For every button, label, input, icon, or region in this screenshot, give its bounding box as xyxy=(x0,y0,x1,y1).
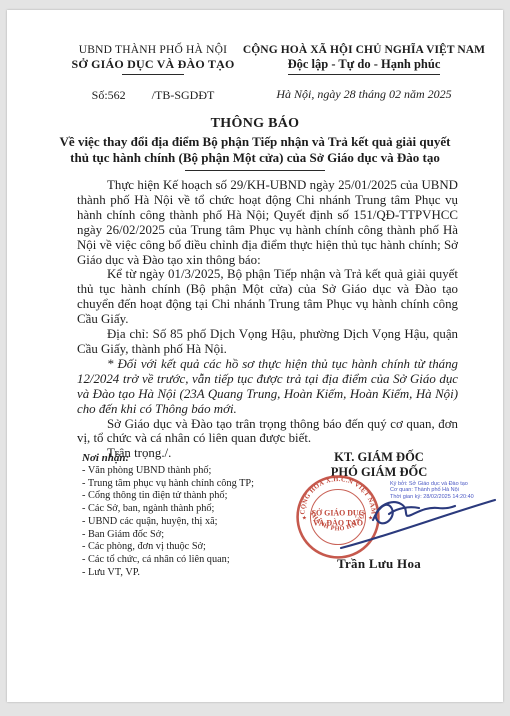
seal-star-left-icon: ★ xyxy=(302,515,307,522)
document-number-value: Số:562 xyxy=(92,88,126,102)
document-subject: Về việc thay đổi địa điểm Bộ phận Tiếp n… xyxy=(55,134,455,166)
document-type-title: THÔNG BÁO xyxy=(55,116,455,132)
document-page: UBND THÀNH PHỐ HÀ NỘI SỞ GIÁO DỤC VÀ ĐÀO… xyxy=(7,10,503,702)
issuing-agency-block: UBND THÀNH PHỐ HÀ NỘI SỞ GIÁO DỤC VÀ ĐÀO… xyxy=(55,44,251,103)
parent-agency-name: UBND THÀNH PHỐ HÀ NỘI xyxy=(55,44,251,56)
paragraph-address: Địa chỉ: Số 85 phố Dịch Vọng Hậu, phường… xyxy=(77,327,458,357)
document-title-block: THÔNG BÁO Về việc thay đổi địa điểm Bộ p… xyxy=(55,116,455,171)
national-title: CỘNG HOÀ XÃ HỘI CHỦ NGHĨA VIỆT NAM xyxy=(233,44,495,56)
scanned-official-notice: { "colors": { "seal_red": "#c0473a", "si… xyxy=(0,0,510,716)
title-underline xyxy=(185,170,325,171)
signer-name: Trần Lưu Hoa xyxy=(255,556,503,572)
document-number: Số:562/TB-SGDĐT xyxy=(55,88,251,103)
paragraph-announcement: Kể từ ngày 01/3/2025, Bộ phận Tiếp nhận … xyxy=(77,267,458,327)
agency-underline xyxy=(122,74,184,75)
motto-underline xyxy=(288,74,440,75)
place-date-line: Hà Nội, ngày 28 tháng 02 năm 2025 xyxy=(233,87,495,102)
paragraph-note: * Đối với kết quả các hồ sơ thực hiện th… xyxy=(77,357,458,417)
document-body: Thực hiện Kế hoạch số 29/KH-UBND ngày 25… xyxy=(77,178,458,461)
paragraph-notice: Sở Giáo dục và Đào tạo trân trọng thông … xyxy=(77,417,458,447)
paragraph-basis: Thực hiện Kế hoạch số 29/KH-UBND ngày 25… xyxy=(77,178,458,267)
national-motto: Độc lập - Tự do - Hạnh phúc xyxy=(233,57,495,72)
acting-title: KT. GIÁM ĐỐC xyxy=(255,450,503,465)
document-footer: Nơi nhận: - Văn phòng UBND thành phố; - … xyxy=(7,450,503,680)
document-number-suffix: /TB-SGDĐT xyxy=(152,88,215,102)
handwritten-signature xyxy=(337,486,501,556)
agency-name: SỞ GIÁO DỤC VÀ ĐÀO TẠO xyxy=(55,57,251,72)
signature-block: KT. GIÁM ĐỐC PHÓ GIÁM ĐỐC Ký bởi: Sở Giá… xyxy=(255,450,503,680)
national-motto-block: CỘNG HOÀ XÃ HỘI CHỦ NGHĨA VIỆT NAM Độc l… xyxy=(233,44,495,102)
